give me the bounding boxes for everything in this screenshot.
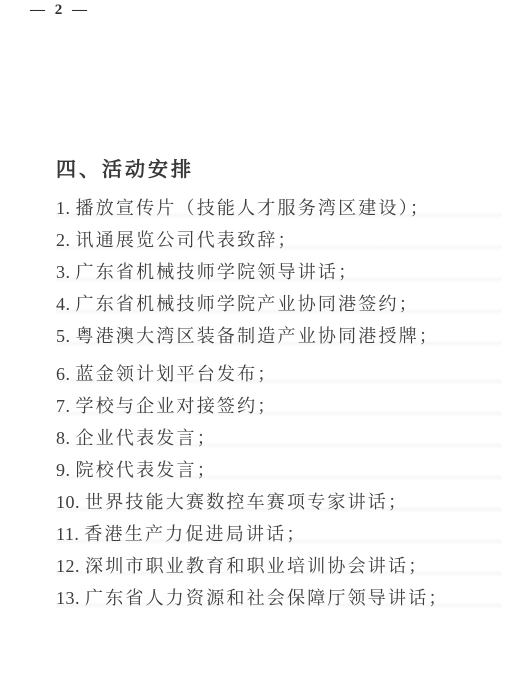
item-text: 学校与企业对接签约； bbox=[76, 396, 278, 416]
item-number: 7. bbox=[56, 396, 71, 416]
document-body: 四、活动安排 1.播放宣传片（技能人才服务湾区建设）； 2.讯通展览公司代表致辞… bbox=[56, 158, 502, 619]
list-item: 9.院校代表发言； bbox=[56, 459, 502, 481]
item-number: 6. bbox=[56, 364, 71, 384]
item-text: 企业代表发言； bbox=[76, 428, 217, 448]
list-item: 3.广东省机械技师学院领导讲话； bbox=[56, 261, 502, 283]
list-item: 13.广东省人力资源和社会保障厅领导讲话； bbox=[56, 587, 502, 609]
item-number: 5. bbox=[56, 326, 71, 346]
item-number: 4. bbox=[56, 294, 71, 314]
document-page: { "page": { "number_label": "— 2 —" }, "… bbox=[0, 0, 532, 696]
list-item: 11.香港生产力促进局讲话； bbox=[56, 523, 502, 545]
list-item: 1.播放宣传片（技能人才服务湾区建设）； bbox=[56, 197, 502, 219]
activity-list: 1.播放宣传片（技能人才服务湾区建设）； 2.讯通展览公司代表致辞； 3.广东省… bbox=[56, 197, 502, 609]
item-text: 世界技能大赛数控车赛项专家讲话； bbox=[85, 492, 408, 512]
item-text: 香港生产力促进局讲话； bbox=[84, 524, 306, 544]
item-text: 广东省人力资源和社会保障厅领导讲话； bbox=[85, 588, 449, 608]
item-number: 3. bbox=[56, 262, 71, 282]
item-text: 讯通展览公司代表致辞； bbox=[76, 230, 298, 250]
item-text: 深圳市职业教育和职业培训协会讲话； bbox=[85, 556, 428, 576]
item-number: 1. bbox=[56, 198, 71, 218]
item-text: 院校代表发言； bbox=[76, 460, 217, 480]
item-number: 2. bbox=[56, 230, 71, 250]
item-number: 8. bbox=[56, 428, 71, 448]
item-text: 蓝金领计划平台发布； bbox=[76, 364, 278, 384]
list-item: 7.学校与企业对接签约； bbox=[56, 395, 502, 417]
item-text: 广东省机械技师学院领导讲话； bbox=[76, 262, 359, 282]
item-number: 10. bbox=[56, 492, 80, 512]
list-item: 2.讯通展览公司代表致辞； bbox=[56, 229, 502, 251]
item-number: 9. bbox=[56, 460, 71, 480]
list-item: 5.粤港澳大湾区装备制造产业协同港授牌； bbox=[56, 325, 502, 347]
list-item: 6.蓝金领计划平台发布； bbox=[56, 363, 502, 385]
page-number: — 2 — bbox=[30, 2, 90, 19]
item-number: 13. bbox=[56, 588, 80, 608]
item-number: 12. bbox=[56, 556, 80, 576]
section-heading: 四、活动安排 bbox=[56, 158, 502, 182]
list-item: 12.深圳市职业教育和职业培训协会讲话； bbox=[56, 555, 502, 577]
item-text: 播放宣传片（技能人才服务湾区建设）； bbox=[76, 198, 431, 218]
list-item: 10.世界技能大赛数控车赛项专家讲话； bbox=[56, 491, 502, 513]
list-item: 4.广东省机械技师学院产业协同港签约； bbox=[56, 293, 502, 315]
list-item: 8.企业代表发言； bbox=[56, 427, 502, 449]
item-number: 11. bbox=[56, 524, 79, 544]
item-text: 广东省机械技师学院产业协同港签约； bbox=[76, 294, 419, 314]
item-text: 粤港澳大湾区装备制造产业协同港授牌； bbox=[76, 326, 440, 346]
